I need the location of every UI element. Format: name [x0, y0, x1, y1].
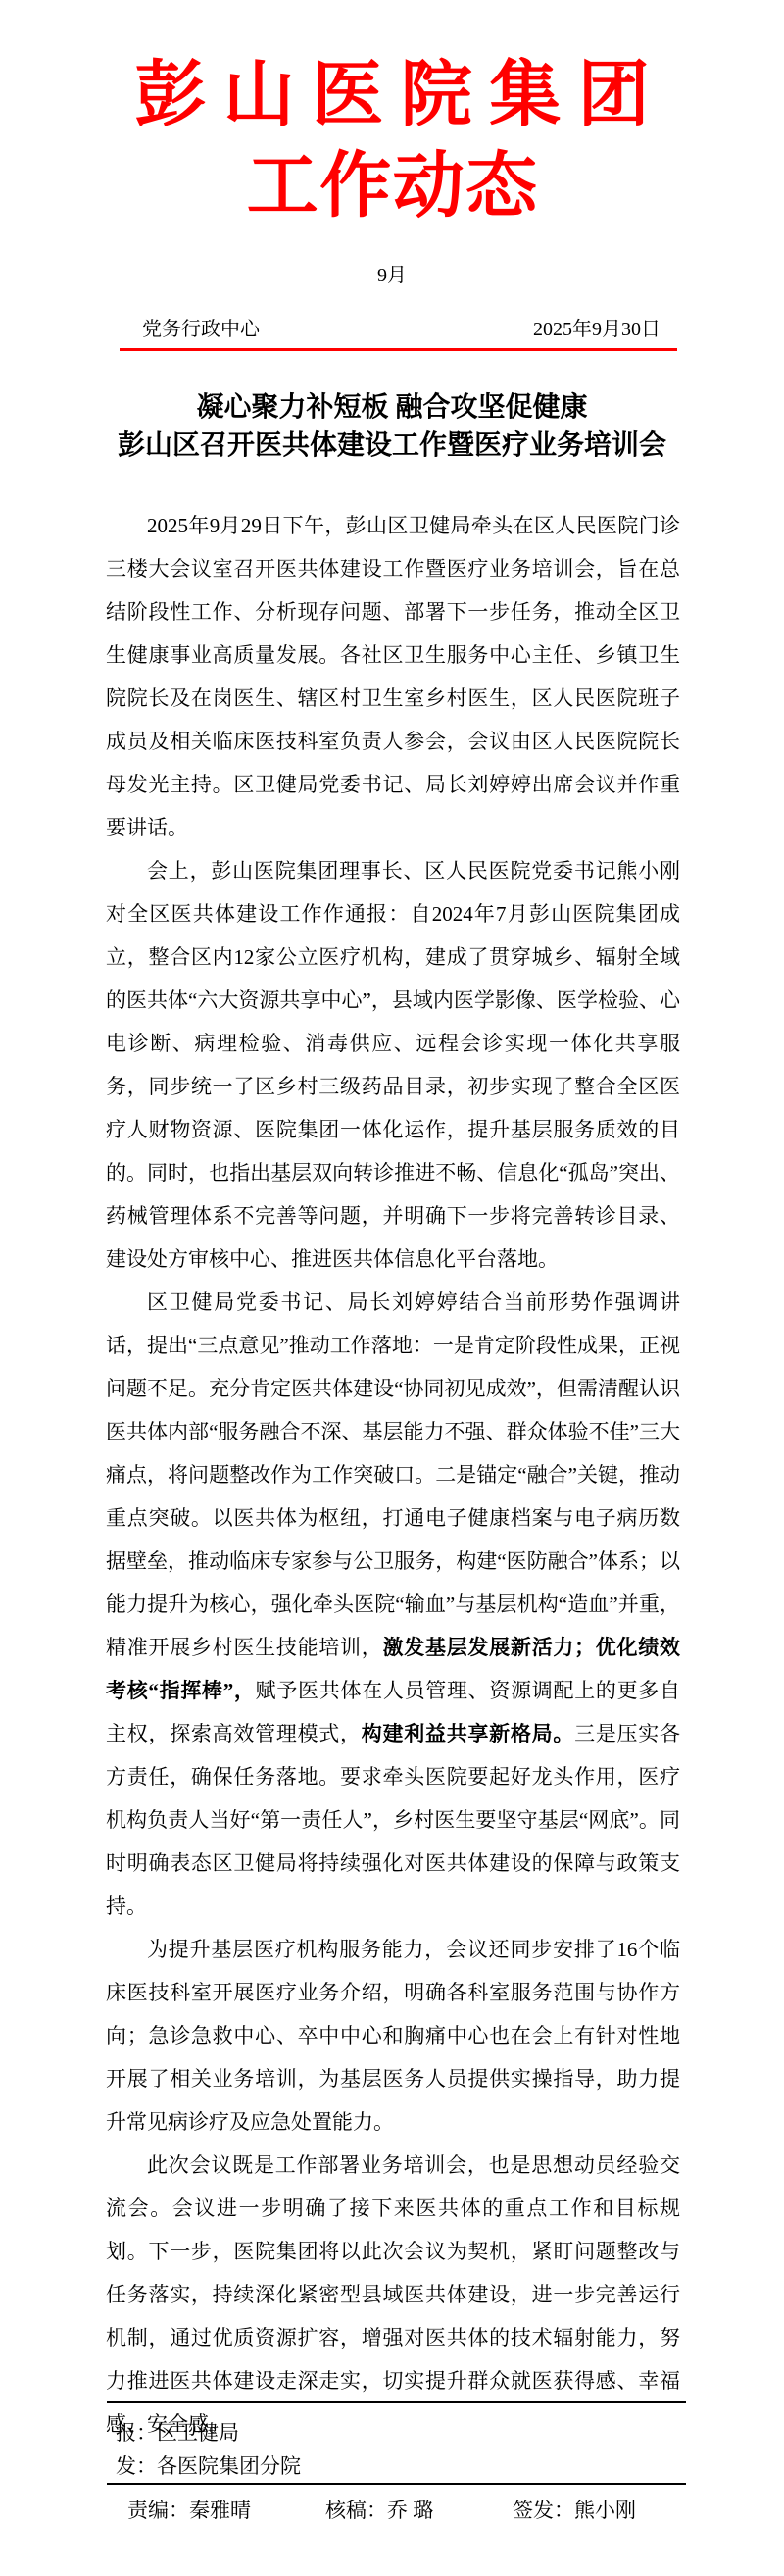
paragraph-segment: 2025年9月29日下午，彭山区卫健局牵头在区人民医院门诊三楼大会议室召开医共体… — [106, 514, 680, 839]
article-paragraph: 为提升基层医疗机构服务能力，会议还同步安排了16个临床医技科室开展医疗业务介绍，… — [106, 1928, 680, 2144]
footer-top-rule — [107, 2401, 686, 2403]
distribution-line: 发：各医院集团分院 — [116, 2449, 301, 2484]
credit-issuer-name: 熊小刚 — [574, 2499, 636, 2522]
paragraph-segment-bold: 构建利益共享新格局。 — [362, 1722, 574, 1745]
issue-date: 2025年9月30日 — [533, 314, 661, 345]
footer-bottom-rule — [107, 2483, 686, 2485]
article-headline-line2: 彭山区召开医共体建设工作暨医疗业务培训会 — [39, 427, 745, 465]
issuing-department: 党务行政中心 — [142, 314, 260, 345]
article-paragraph: 此次会议既是工作部署业务培训会，也是思想动员经验交流会。会议进一步明确了接下来医… — [106, 2144, 680, 2446]
paragraph-segment: 为提升基层医疗机构服务能力，会议还同步安排了16个临床医技科室开展医疗业务介绍，… — [106, 1938, 680, 2134]
masthead-divider-rule — [120, 348, 677, 351]
masthead-title-line1: 彭山医院集团 — [0, 49, 784, 141]
masthead-title-line2: 工作动态 — [0, 141, 784, 231]
paragraph-segment: 会上，彭山医院集团理事长、区人民医院党委书记熊小刚对全区医共体建设工作作通报：自… — [106, 859, 680, 1271]
credit-reviewer: 核稿：乔 璐 — [325, 2491, 433, 2530]
info-bar: 党务行政中心 2025年9月30日 — [142, 314, 661, 345]
article-paragraph: 2025年9月29日下午，彭山区卫健局牵头在区人民医院门诊三楼大会议室召开医共体… — [106, 504, 680, 849]
issue-month: 9月 — [0, 261, 784, 290]
credit-reviewer-name: 乔 璐 — [387, 2499, 433, 2522]
credits-row: 责编：秦雅晴 核稿：乔 璐 签发：熊小刚 — [0, 2491, 784, 2530]
distribution-value: 各医院集团分院 — [157, 2454, 301, 2478]
report-label: 报： — [116, 2421, 157, 2445]
credit-editor-name: 秦雅晴 — [189, 2499, 251, 2522]
article-headline: 凝心聚力补短板 融合攻坚促健康 彭山区召开医共体建设工作暨医疗业务培训会 — [39, 388, 745, 465]
paragraph-segment: 区卫健局党委书记、局长刘婷婷结合当前形势作强调讲话，提出“三点意见”推动工作落地… — [106, 1290, 680, 1659]
article-paragraph: 区卫健局党委书记、局长刘婷婷结合当前形势作强调讲话，提出“三点意见”推动工作落地… — [106, 1281, 680, 1928]
article-paragraph: 会上，彭山医院集团理事长、区人民医院党委书记熊小刚对全区医共体建设工作作通报：自… — [106, 849, 680, 1281]
credit-editor: 责编：秦雅晴 — [127, 2491, 251, 2530]
paragraph-segment: 此次会议既是工作部署业务培训会，也是思想动员经验交流会。会议进一步明确了接下来医… — [106, 2153, 680, 2436]
report-value: 区卫健局 — [157, 2421, 239, 2445]
article-body: 2025年9月29日下午，彭山区卫健局牵头在区人民医院门诊三楼大会议室召开医共体… — [106, 504, 680, 2446]
report-line: 报：区卫健局 — [116, 2415, 239, 2450]
paragraph-segment: 三是压实各方责任，确保任务落地。要求牵头医院要起好龙头作用，医疗机构负责人当好“… — [106, 1722, 680, 1918]
credit-issuer-label: 签发： — [513, 2499, 574, 2522]
distribution-label: 发： — [116, 2454, 157, 2478]
article-headline-line1: 凝心聚力补短板 融合攻坚促健康 — [39, 388, 745, 427]
credit-reviewer-label: 核稿： — [325, 2499, 387, 2522]
bulletin-page: 彭山医院集团 工作动态 9月 党务行政中心 2025年9月30日 凝心聚力补短板… — [0, 0, 784, 2576]
masthead: 彭山医院集团 工作动态 — [0, 49, 784, 231]
credit-issuer: 签发：熊小刚 — [513, 2491, 636, 2530]
credit-editor-label: 责编： — [127, 2499, 189, 2522]
